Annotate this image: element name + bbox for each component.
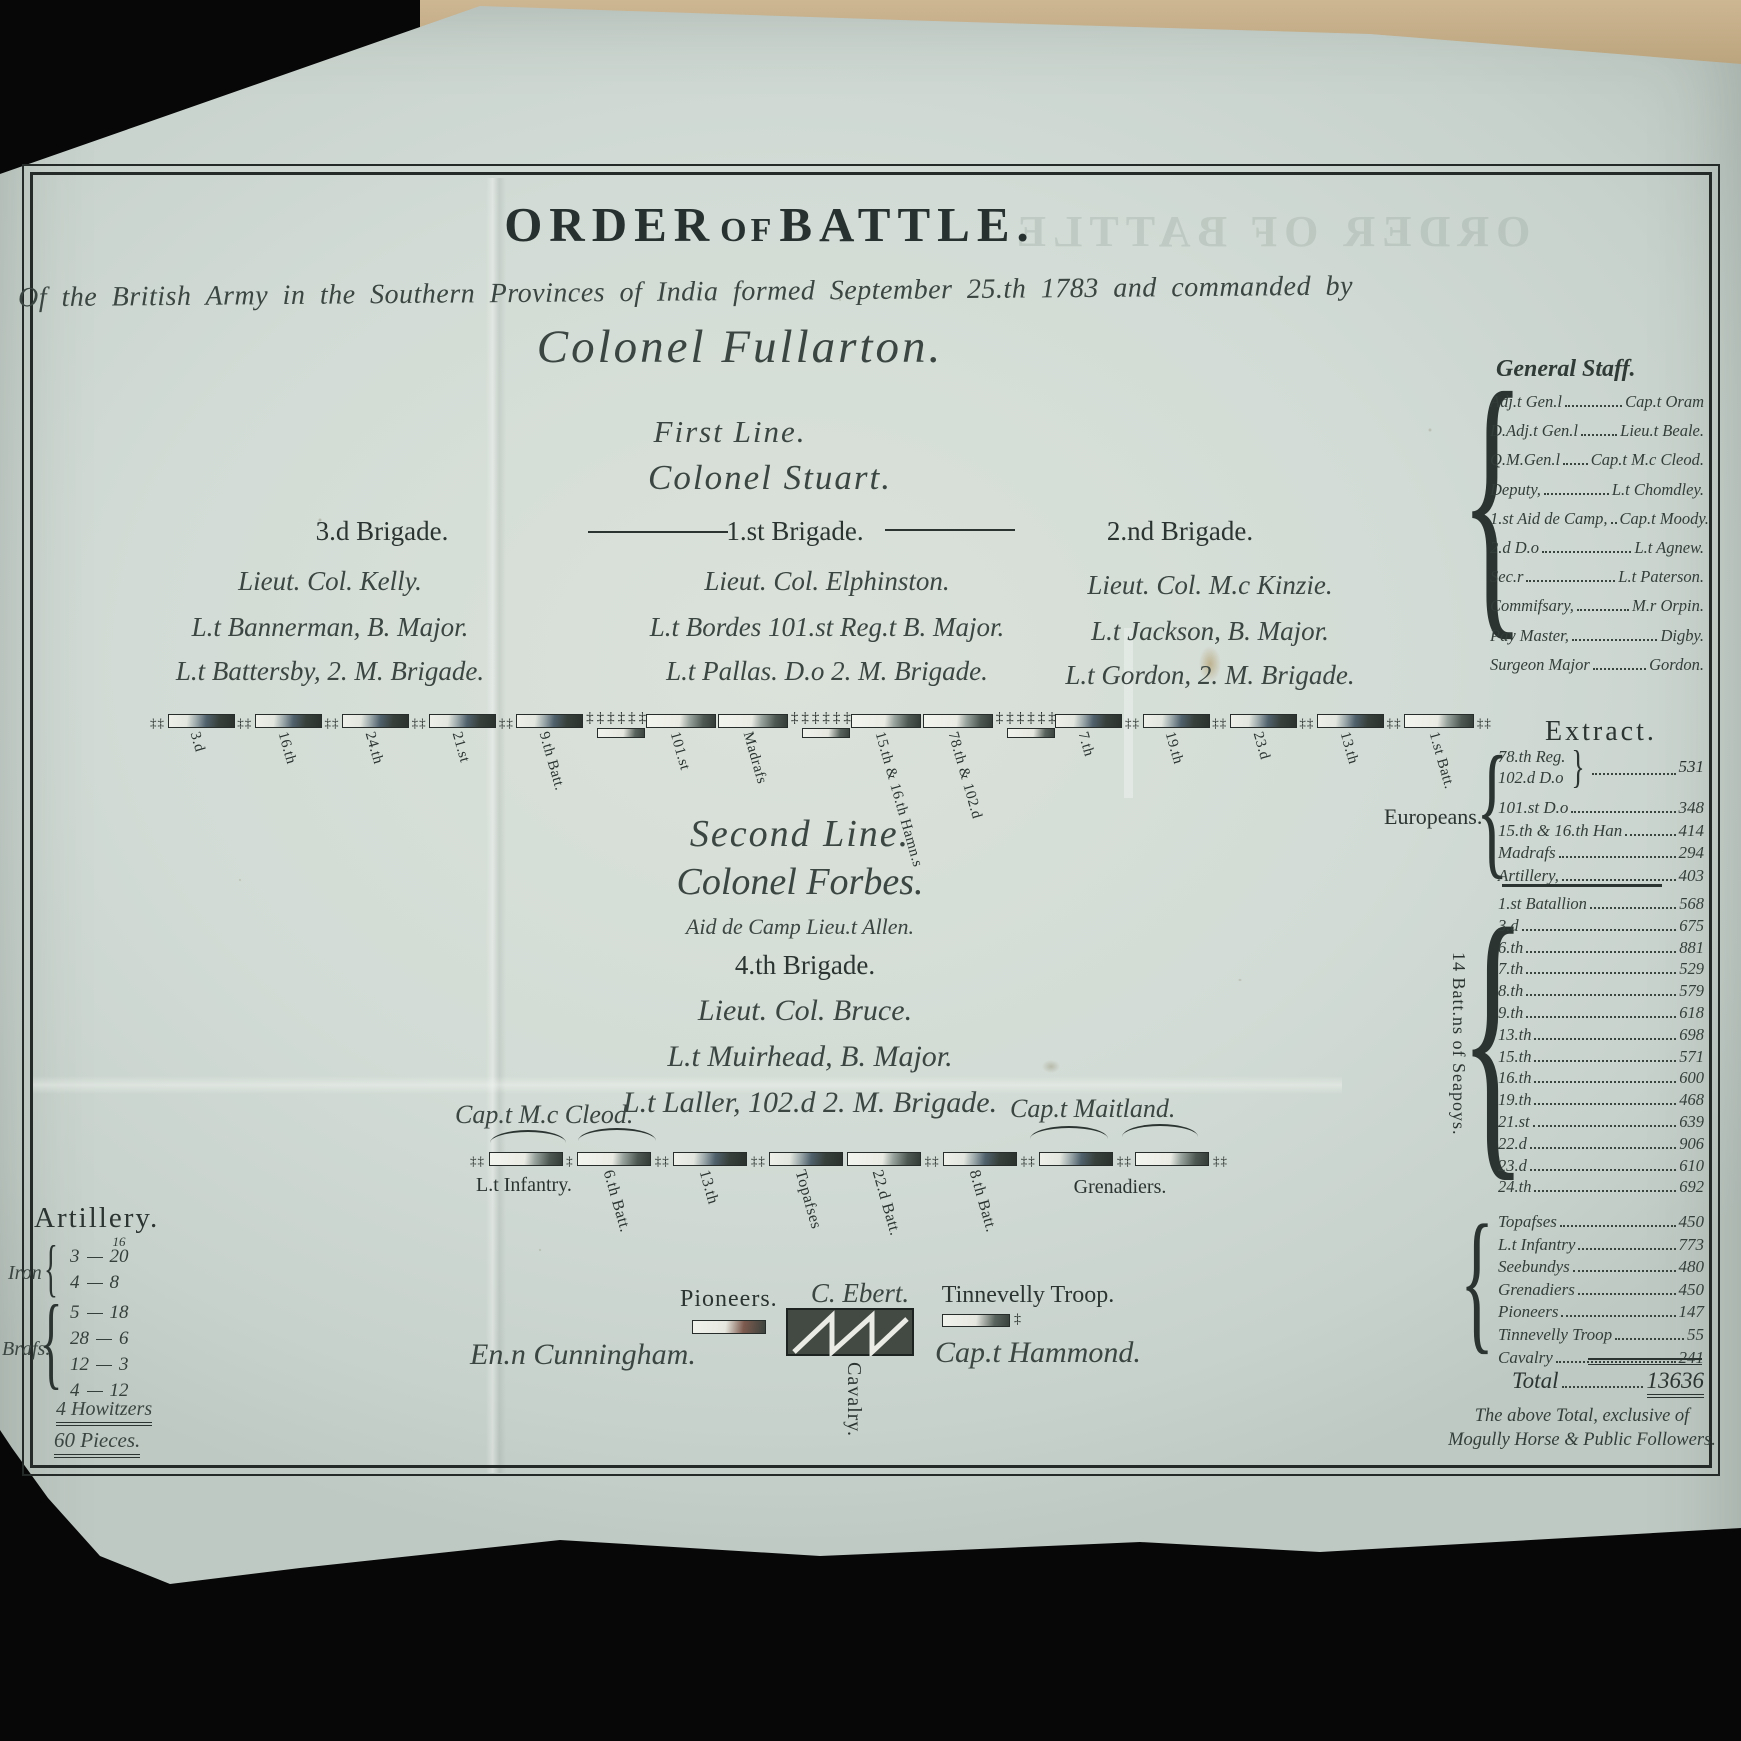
calibre-value: 8 xyxy=(110,1272,120,1293)
battle-line-unit: ‡‡‡‡‡‡ xyxy=(586,711,643,738)
title-word-of: OF xyxy=(720,212,775,249)
second-line-commander: Colonel Forbes. xyxy=(590,860,1010,904)
battle-line-unit: 3.d xyxy=(168,714,235,728)
battle-line-unit: 7.th xyxy=(1055,714,1122,728)
extract-row: 13.th 698 xyxy=(1498,1025,1704,1047)
battle-line-unit: ‡‡ xyxy=(150,714,165,729)
battalion-bar xyxy=(1404,714,1474,728)
battle-line-unit: 21.st xyxy=(429,714,496,728)
staff-row: Adj.t Gen.l Cap.t Oram xyxy=(1490,392,1704,421)
calibre-correction: 16 xyxy=(113,1234,126,1250)
dash xyxy=(96,1365,112,1366)
staff-name: Gordon. xyxy=(1649,655,1704,675)
calibre-value: 18 xyxy=(110,1302,129,1323)
staff-role: Deputy, xyxy=(1490,480,1541,500)
seapoys-list: 1.st Batallion 568 3.d 675 6.th 881 7.th… xyxy=(1498,894,1704,1199)
dotted-leader xyxy=(1526,951,1676,953)
divider-rule xyxy=(885,529,1015,531)
dotted-leader xyxy=(1534,1103,1676,1105)
staff-role: Surgeon Major xyxy=(1490,655,1590,675)
first-brigade-officers: Lieut. Col. Elphinston. L.t Bordes 101.s… xyxy=(612,566,1042,696)
gun-icon: ‡‡ xyxy=(751,1154,766,1167)
battle-line-unit xyxy=(1135,1152,1209,1166)
staff-role: Q.M.Gen.l xyxy=(1490,450,1560,470)
extract-row: Madrafs 294 xyxy=(1498,843,1704,866)
battalion-bar xyxy=(516,714,583,728)
unit-label: 1.st Batallion xyxy=(1498,894,1587,914)
battle-line-unit: ‡‡ xyxy=(237,714,252,729)
officer-line: L.t Pallas. D.o 2. M. Brigade. xyxy=(612,656,1042,687)
title-word: ORDER xyxy=(504,197,716,252)
gun-count-row: 28 6 xyxy=(70,1326,129,1352)
strength-value: 773 xyxy=(1679,1235,1705,1255)
battle-line-unit: 24.th xyxy=(342,714,409,728)
battle-line-unit: ‡‡ xyxy=(324,714,339,729)
brass-brace: { xyxy=(40,1290,62,1394)
staff-name: M.r Orpin. xyxy=(1632,596,1704,616)
dotted-leader xyxy=(1625,834,1675,836)
pioneers-label: Pioneers. xyxy=(680,1286,778,1313)
divider-rule xyxy=(588,531,728,533)
staff-role: Pay Master, xyxy=(1490,626,1569,646)
strength-value: 600 xyxy=(1679,1068,1704,1088)
page-title: ORDER OF BATTLE. xyxy=(400,196,1140,253)
extract-row: L.t Infantry 773 xyxy=(1498,1235,1704,1258)
gun-icon: ‡‡ xyxy=(150,716,165,729)
gun-icon: ‡‡‡‡‡‡ xyxy=(996,711,1053,726)
gun-count: 12 xyxy=(70,1354,89,1376)
total-rule xyxy=(1588,1358,1702,1365)
battalion-bar xyxy=(646,714,716,728)
dotted-leader xyxy=(1522,929,1677,931)
battle-line-unit: Madrafs xyxy=(718,714,788,728)
army-commander: Colonel Fullarton. xyxy=(430,320,1050,374)
strength-value: 403 xyxy=(1679,866,1705,886)
staff-row: Commifsary, M.r Orpin. xyxy=(1490,596,1704,625)
battalion-bar xyxy=(429,714,496,728)
battle-line-unit: 15.th & 16.th Hamn.s xyxy=(851,714,921,728)
unit-label: 21.st xyxy=(1498,1112,1530,1132)
battle-line-unit: 8.th Batt. xyxy=(943,1152,1017,1166)
unit-label: 3.d xyxy=(1498,916,1519,936)
pair-labels: 78.th Reg. 102.d D.o xyxy=(1498,746,1565,788)
extract-row: 15.th & 16.th Han 414 xyxy=(1498,821,1704,844)
title-word: BATTLE. xyxy=(779,197,1035,252)
battle-line-unit: ‡‡ xyxy=(1213,1152,1228,1167)
colour-party-bar xyxy=(1007,728,1055,738)
european-regiments-pair: 78.th Reg. 102.d D.o } 531 xyxy=(1498,744,1704,790)
battle-line-unit: ‡‡ xyxy=(655,1152,670,1167)
dotted-leader xyxy=(1560,1225,1676,1227)
strength-value: 571 xyxy=(1679,1047,1704,1067)
battle-line-unit: 6.th Batt. xyxy=(577,1152,651,1166)
extract-row: 16.th 600 xyxy=(1498,1068,1704,1090)
gun-calibre: 3 xyxy=(119,1354,129,1376)
unit-label: 23.d xyxy=(1498,1156,1527,1176)
officer-line: L.t Jackson, B. Major. xyxy=(995,616,1425,647)
battle-line-unit: 22.d Batt. xyxy=(847,1152,921,1166)
officer-line: L.t Bannerman, B. Major. xyxy=(120,612,540,643)
gun-icon: ‡‡ xyxy=(412,716,427,729)
extract-row: Topafses 450 xyxy=(1498,1212,1704,1235)
dotted-leader xyxy=(1565,405,1622,407)
seapoys-side-label: 14 Batt.ns of Seapoys. xyxy=(1448,952,1469,1136)
footnote-line: Mogully Horse & Public Followers. xyxy=(1444,1428,1720,1452)
battle-line-unit: ‡‡‡‡‡‡ xyxy=(791,711,848,738)
strength-value: 529 xyxy=(1679,959,1704,979)
iron-gun-list: 3 16 20 4 8 xyxy=(70,1244,129,1296)
staff-name: Digby. xyxy=(1660,626,1704,646)
dotted-leader xyxy=(1578,1293,1676,1295)
battalion-bar xyxy=(1317,714,1384,728)
pieces-total: 60 Pieces. xyxy=(54,1428,140,1458)
strength-value: 639 xyxy=(1679,1112,1704,1132)
extract-row: 1.st Batallion 568 xyxy=(1498,894,1704,916)
captain-mccleod-label: Cap.t M.c Cleod. xyxy=(455,1100,685,1130)
strength-value: 348 xyxy=(1679,798,1705,818)
dotted-leader xyxy=(1530,1169,1676,1171)
dotted-leader xyxy=(1573,1270,1676,1272)
officer-line: Lieut. Col. Elphinston. xyxy=(612,566,1042,597)
officer-line: Lieut. Col. Bruce. xyxy=(620,994,990,1028)
dotted-leader xyxy=(1544,493,1609,495)
first-line-heading: First Line. xyxy=(570,414,890,450)
extract-row: 101.st D.o 348 xyxy=(1498,798,1704,821)
gun-icon: ‡‡ xyxy=(925,1154,940,1167)
extract-row: Seebundys 480 xyxy=(1498,1257,1704,1280)
battalion-bar xyxy=(769,1152,843,1166)
extract-row: Tinnevelly Troop 55 xyxy=(1498,1325,1704,1348)
battalion-bar xyxy=(851,714,921,728)
dash xyxy=(87,1283,103,1284)
staff-name: L.t Paterson. xyxy=(1618,567,1704,587)
strength-value: 906 xyxy=(1679,1134,1704,1154)
dash xyxy=(87,1313,103,1314)
unit-label: Pioneers xyxy=(1498,1302,1558,1322)
gun-count-row: 5 18 xyxy=(70,1300,129,1326)
dotted-leader xyxy=(1542,551,1631,553)
strength-value: 450 xyxy=(1679,1212,1705,1232)
pair-brace: } xyxy=(1572,744,1585,790)
tinnevelly-bar xyxy=(942,1314,1010,1327)
officer-line: L.t Gordon, 2. M. Brigade. xyxy=(995,660,1425,691)
strength-value: 480 xyxy=(1679,1257,1705,1277)
staff-role: 1.st Aid de Camp, xyxy=(1490,509,1608,529)
officer-line: L.t Muirhead, B. Major. xyxy=(600,1040,1020,1074)
battle-line-unit xyxy=(489,1152,563,1166)
gun-icon: ‡‡ xyxy=(237,716,252,729)
dotted-leader xyxy=(1578,1248,1675,1250)
battalion-bar xyxy=(923,714,993,728)
battle-line-unit: 13.th xyxy=(1317,714,1384,728)
staff-name: Cap.t Oram xyxy=(1625,392,1704,412)
dotted-leader xyxy=(1534,1038,1676,1040)
gun-count-row: 12 3 xyxy=(70,1352,129,1378)
battle-line-unit: ‡‡ xyxy=(751,1152,766,1167)
staff-row: Q.M.Gen.l Cap.t M.c Cleod. xyxy=(1490,450,1704,479)
battle-line-unit: 78.th & 102.d xyxy=(923,714,993,728)
dotted-leader xyxy=(1562,1386,1642,1388)
extract-row: 24.th 692 xyxy=(1498,1177,1704,1199)
battle-line-unit: 16.th xyxy=(255,714,322,728)
staff-role: Sec.r xyxy=(1490,567,1523,587)
battalion-bar xyxy=(255,714,322,728)
extract-row: 3.d 675 xyxy=(1498,916,1704,938)
battalion-bar xyxy=(847,1152,921,1166)
strength-value: 692 xyxy=(1679,1177,1704,1197)
tinnevelly-officer: Cap.t Hammond. xyxy=(935,1336,1225,1370)
third-brigade-name: 3.d Brigade. xyxy=(277,516,487,547)
staff-role: Adj.t Gen.l xyxy=(1490,392,1562,412)
gun-icon: ‡‡ xyxy=(1212,716,1227,729)
unit-label: Cavalry xyxy=(1498,1348,1553,1368)
battalion-bar xyxy=(342,714,409,728)
officer-line: L.t Bordes 101.st Reg.t B. Major. xyxy=(612,612,1042,643)
cavalry-symbol xyxy=(786,1308,914,1356)
gun-count: 4 xyxy=(70,1272,80,1294)
dotted-leader xyxy=(1562,879,1676,881)
strength-value: 675 xyxy=(1679,916,1704,936)
battle-line-unit: ‡‡ xyxy=(1021,1152,1036,1167)
colour-party-bar xyxy=(802,728,850,738)
tinnevelly-b​ar-row: ‡ xyxy=(942,1312,1021,1328)
second-brigade-name: 2.nd Brigade. xyxy=(1065,516,1295,547)
staff-role: D.Adj.t Gen.l xyxy=(1490,421,1578,441)
extract-row: 9.th 618 xyxy=(1498,1003,1704,1025)
cavalry-commander: C. Ebert. xyxy=(780,1278,940,1309)
fourth-brigade-name: 4.th Brigade. xyxy=(680,950,930,981)
footnote-line: The above Total, exclusive of xyxy=(1444,1404,1720,1428)
extract-row: 23.d 610 xyxy=(1498,1156,1704,1178)
first-battle-line: ‡‡ 3.d ‡‡ 16.th ‡‡ xyxy=(150,714,1492,738)
strength-value: 610 xyxy=(1679,1156,1704,1176)
dotted-leader xyxy=(1526,580,1615,582)
cavalry-label: Cavalry. xyxy=(842,1362,865,1437)
pioneers-bar xyxy=(692,1320,766,1334)
extract-row: 15.th 571 xyxy=(1498,1047,1704,1069)
second-brigade-officers: Lieut. Col. M.c Kinzie. L.t Jackson, B. … xyxy=(995,570,1425,700)
officer-line: Lieut. Col. Kelly. xyxy=(120,566,540,597)
first-line-commander: Colonel Stuart. xyxy=(570,458,970,498)
staff-name: Lieu.t Beale. xyxy=(1620,421,1704,441)
unit-label: 22.d xyxy=(1498,1134,1527,1154)
gun-count: 3 xyxy=(70,1246,80,1268)
battalion-bar xyxy=(1135,1152,1209,1166)
staff-row: Pay Master, Digby. xyxy=(1490,626,1704,655)
staff-row: Sec.r L.t Paterson. xyxy=(1490,567,1704,596)
light-infantry-label: L.t Infantry. xyxy=(476,1174,572,1197)
battle-line-unit: ‡‡ xyxy=(1117,1152,1132,1167)
dotted-leader xyxy=(1615,1338,1684,1340)
dotted-leader xyxy=(1534,1081,1676,1083)
extract-row: 6.th 881 xyxy=(1498,938,1704,960)
unit-label: 16.th xyxy=(1498,1068,1531,1088)
dotted-leader xyxy=(1559,856,1676,858)
battalion-bar xyxy=(1230,714,1297,728)
dotted-leader xyxy=(1534,1060,1676,1062)
dotted-leader xyxy=(1534,1190,1676,1192)
unit-label: Grenadiers xyxy=(1498,1280,1575,1300)
battalion-bar xyxy=(943,1152,1017,1166)
strength-value: 468 xyxy=(1679,1090,1704,1110)
other-corps-list: Topafses 450 L.t Infantry 773 Seebundys … xyxy=(1498,1212,1704,1370)
strength-value: 579 xyxy=(1679,981,1704,1001)
strength-value: 881 xyxy=(1679,938,1704,958)
extract-row: Pioneers 147 xyxy=(1498,1302,1704,1325)
unit-label: 19.th xyxy=(1498,1090,1531,1110)
gun-icon: ‡‡ xyxy=(470,1154,485,1167)
officer-line: L.t Battersby, 2. M. Brigade. xyxy=(120,656,540,687)
other-corps-brace: { xyxy=(1460,1202,1494,1360)
battalion-bar xyxy=(1143,714,1210,728)
staff-role: 2.d D.o xyxy=(1490,538,1539,558)
dotted-leader xyxy=(1611,522,1617,524)
unit-label: 7.th xyxy=(1498,959,1523,979)
extract-row: 7.th 529 xyxy=(1498,959,1704,981)
europeans-label: Europeans. xyxy=(1384,804,1482,830)
unit-label: Topafses xyxy=(1498,1212,1557,1232)
brass-gun-list: 5 18 28 6 12 3 xyxy=(70,1300,129,1404)
dash xyxy=(96,1339,112,1340)
battle-line-unit: ‡‡ xyxy=(470,1152,485,1167)
gun-icon: ‡‡ xyxy=(655,1154,670,1167)
gun-icon: ‡‡‡‡‡‡ xyxy=(791,711,848,726)
staff-name: L.t Agnew. xyxy=(1634,538,1704,558)
gun-icon: ‡‡ xyxy=(499,716,514,729)
extract-row: 21.st 639 xyxy=(1498,1112,1704,1134)
unit-label: 101.st D.o xyxy=(1498,798,1568,818)
battle-line-unit: 1.st Batt. xyxy=(1404,714,1474,728)
artillery-title: Artillery. xyxy=(34,1202,159,1235)
gun-icon: ‡‡ xyxy=(1387,716,1402,729)
dotted-leader xyxy=(1530,1147,1676,1149)
staff-row: 1.st Aid de Camp, Cap.t Moody. xyxy=(1490,509,1704,538)
staff-row: D.Adj.t Gen.l Lieu.t Beale. xyxy=(1490,421,1704,450)
battalion-bar xyxy=(718,714,788,728)
photographed-document: ORDER OF BATTLE ORDER OF BATTLE. Of the … xyxy=(0,0,1741,1741)
battle-line-unit: ‡‡ xyxy=(1212,714,1227,729)
battalion-bar xyxy=(1055,714,1122,728)
battle-line-unit: 19.th xyxy=(1143,714,1210,728)
gun-icon: ‡‡‡‡‡‡ xyxy=(586,711,643,726)
unit-label: L.t Infantry xyxy=(1498,1235,1575,1255)
dotted-leader xyxy=(1577,609,1629,611)
gun-icon: ‡‡ xyxy=(324,716,339,729)
calibre-value: 6 xyxy=(119,1328,129,1349)
battle-line-unit: Topafses xyxy=(769,1152,843,1166)
strength-value: 147 xyxy=(1679,1302,1705,1322)
second-line-aide: Aid de Camp Lieu.t Allen. xyxy=(650,914,950,940)
battalion-bar xyxy=(673,1152,747,1166)
dotted-leader xyxy=(1526,1016,1676,1018)
gun-icon: ‡‡ xyxy=(1117,1154,1132,1167)
second-line-heading: Second Line. xyxy=(600,812,1000,856)
third-brigade-officers: Lieut. Col. Kelly. L.t Bannerman, B. Maj… xyxy=(120,566,540,696)
unit-label: 15.th & 16.th Han xyxy=(1498,821,1622,841)
dash xyxy=(87,1257,103,1258)
general-staff-list: Adj.t Gen.l Cap.t Oram D.Adj.t Gen.l Lie… xyxy=(1490,392,1704,684)
gun-icon: ‡‡ xyxy=(1125,716,1140,729)
regiment-label: 102.d D.o xyxy=(1498,767,1565,788)
dotted-leader xyxy=(1533,1125,1677,1127)
strength-value: 294 xyxy=(1679,843,1705,863)
dotted-leader xyxy=(1592,773,1675,775)
dotted-leader xyxy=(1590,907,1676,909)
staff-name: Cap.t Moody. xyxy=(1620,509,1709,529)
tinnevelly-troop-label: Tinnevelly Troop. xyxy=(938,1282,1118,1309)
total-footnote: The above Total, exclusive of Mogully Ho… xyxy=(1444,1404,1720,1452)
calibre-value: 3 xyxy=(119,1354,129,1375)
battalion-bar xyxy=(168,714,235,728)
extract-row: 8.th 579 xyxy=(1498,981,1704,1003)
extract-row: 22.d 906 xyxy=(1498,1134,1704,1156)
unit-label: Madrafs xyxy=(1498,843,1556,863)
unit-label: 15.th xyxy=(1498,1047,1531,1067)
gun-count: 28 xyxy=(70,1328,89,1350)
europeans-list: 101.st D.o 348 15.th & 16.th Han 414 Mad… xyxy=(1498,798,1704,888)
captain-maitland-label: Cap.t Maitland. xyxy=(1010,1094,1240,1124)
battle-line-unit: ‡‡ xyxy=(1299,714,1314,729)
dotted-leader xyxy=(1571,811,1675,813)
strength-value: 618 xyxy=(1679,1003,1704,1023)
staff-row: Deputy, L.t Chomdley. xyxy=(1490,480,1704,509)
unit-label: 8.th xyxy=(1498,981,1523,1001)
howitzers-total: 4 Howitzers xyxy=(56,1398,152,1426)
strength-value: 55 xyxy=(1687,1325,1704,1345)
total-row: Total 13636 xyxy=(1512,1368,1704,1398)
dotted-leader xyxy=(1561,1315,1675,1317)
battle-line-unit: ‡ xyxy=(566,1152,574,1167)
extract-row: Grenadiers 450 xyxy=(1498,1280,1704,1303)
dotted-leader xyxy=(1526,994,1676,996)
battle-line-unit xyxy=(1039,1152,1113,1166)
staff-row: 2.d D.o L.t Agnew. xyxy=(1490,538,1704,567)
grenadiers-label: Grenadiers. xyxy=(1040,1176,1200,1199)
strength-value: 698 xyxy=(1679,1025,1704,1045)
gun-count-row: 4 8 xyxy=(70,1270,129,1296)
gun-icon: ‡‡ xyxy=(1299,716,1314,729)
staff-row: Surgeon Major Gordon. xyxy=(1490,655,1704,684)
battle-line-unit: 13.th xyxy=(673,1152,747,1166)
battle-line-unit: ‡‡ xyxy=(499,714,514,729)
general-staff-title: General Staff. xyxy=(1496,356,1712,383)
battalion-bar xyxy=(489,1152,563,1166)
gun-icon: ‡‡ xyxy=(1213,1154,1228,1167)
battle-line-unit: ‡‡‡‡‡‡ xyxy=(996,711,1053,738)
gun-count: 5 xyxy=(70,1302,80,1324)
battle-line-unit: 23.d xyxy=(1230,714,1297,728)
extract-row: 19.th 468 xyxy=(1498,1090,1704,1112)
unit-label: 24.th xyxy=(1498,1177,1531,1197)
battle-line-unit: ‡‡ xyxy=(1387,714,1402,729)
total-label: Total xyxy=(1512,1368,1558,1394)
unit-label: Tinnevelly Troop xyxy=(1498,1325,1612,1345)
dash xyxy=(87,1391,103,1392)
gun-icon: ‡‡ xyxy=(1021,1154,1036,1167)
gun-icon: ‡ xyxy=(1014,1312,1021,1328)
battle-line-unit: ‡‡ xyxy=(925,1152,940,1167)
gun-calibre: 16 20 xyxy=(110,1246,129,1268)
dotted-leader xyxy=(1563,463,1588,465)
gun-icon: ‡ xyxy=(566,1154,574,1167)
gun-calibre: 18 xyxy=(110,1302,129,1324)
gun-calibre: 8 xyxy=(110,1272,120,1294)
unit-label: 9.th xyxy=(1498,1003,1523,1023)
staff-name: L.t Chomdley. xyxy=(1612,480,1704,500)
officer-line: Lieut. Col. M.c Kinzie. xyxy=(995,570,1425,601)
regiment-label: 78.th Reg. xyxy=(1498,746,1565,767)
battle-line-unit: ‡‡ xyxy=(1125,714,1140,729)
